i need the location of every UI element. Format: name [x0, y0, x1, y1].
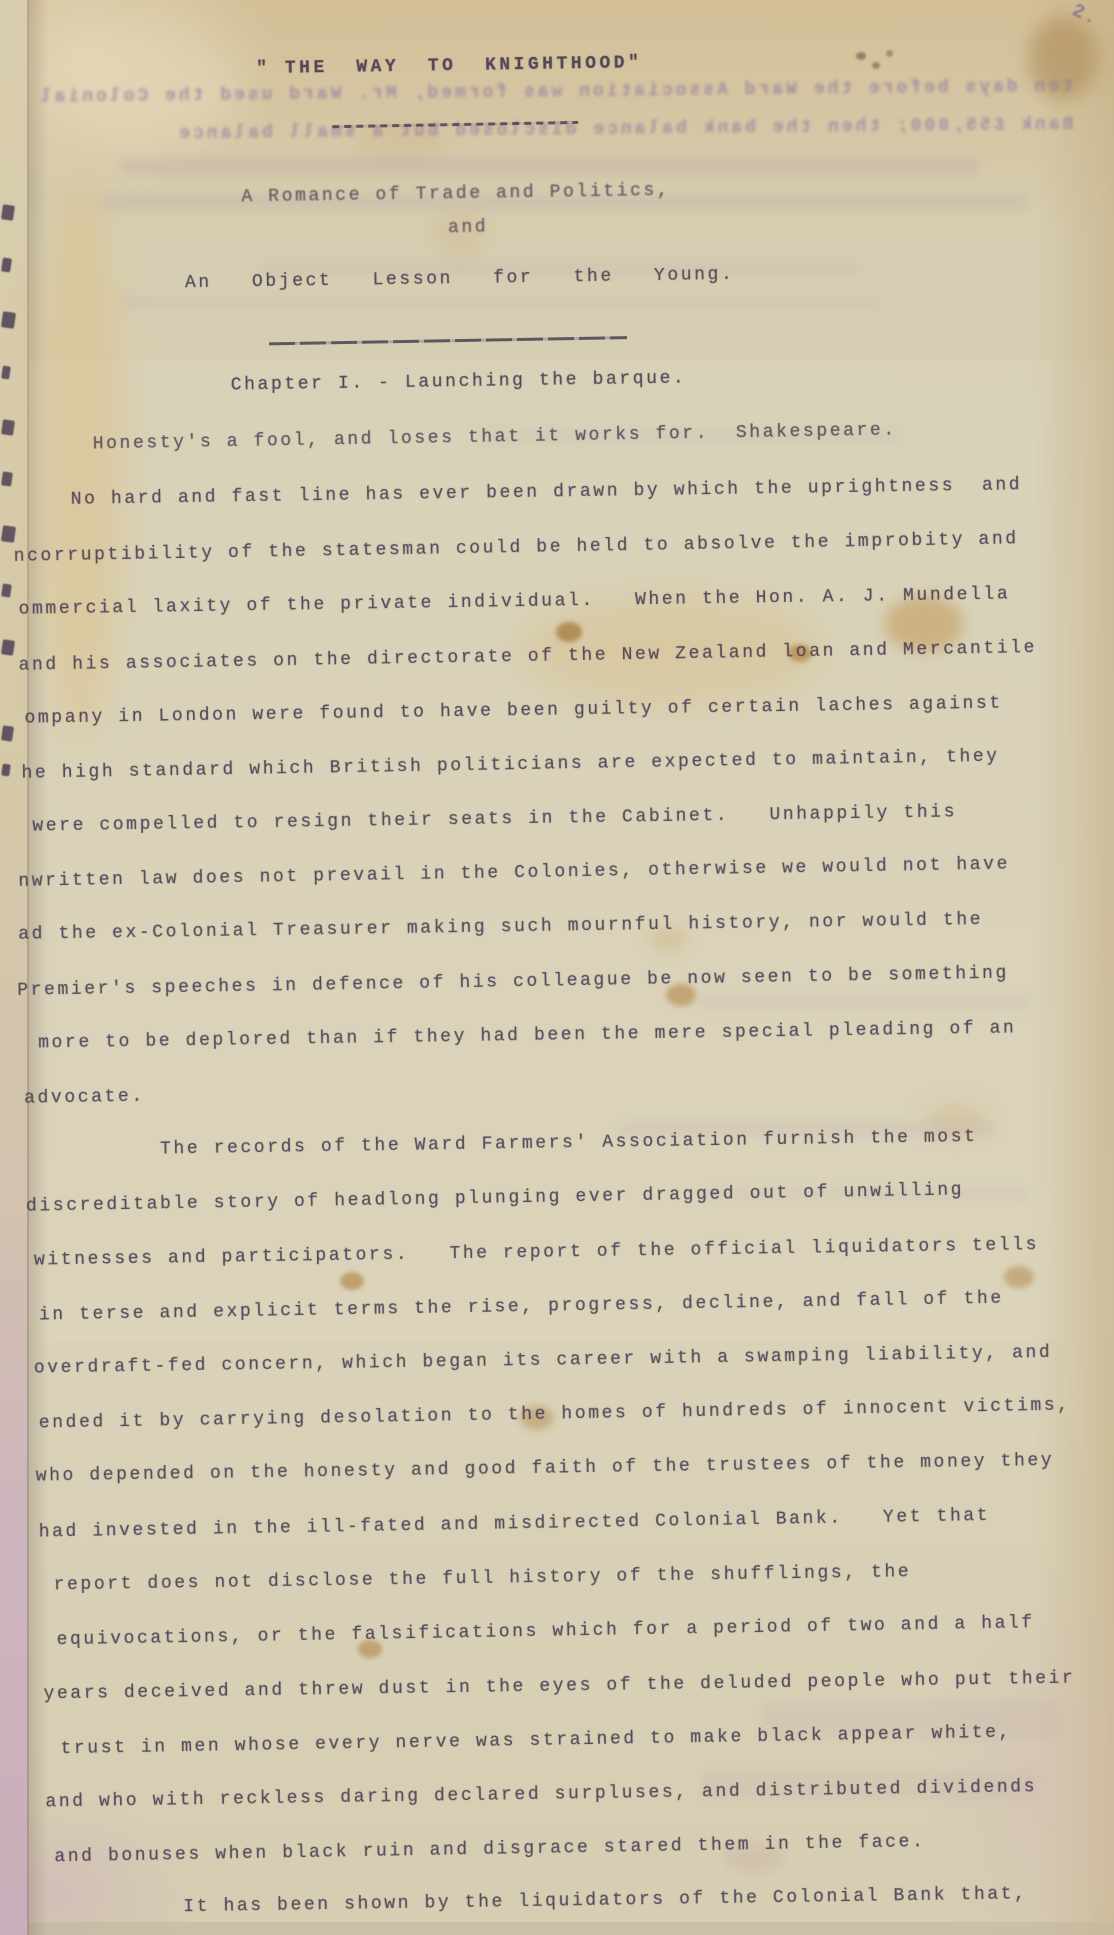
document-title: " THE WAY TO KNIGHTHOOD": [256, 53, 642, 79]
typed-line: discreditable story of headlong plunging…: [26, 1180, 964, 1216]
typed-line: more to be deplored than if they had bee…: [38, 1018, 1017, 1053]
subtitle-line-3: An Object Lesson for the Young.: [185, 265, 735, 293]
typed-line: witnesses and participators. The report …: [34, 1235, 1039, 1270]
typed-line: ompany in London were found to have been…: [24, 694, 1003, 729]
typed-line: in terse and explicit terms the rise, pr…: [39, 1289, 1004, 1326]
typed-line: years deceived and threw dust in the eye…: [43, 1669, 1075, 1705]
typed-line: The records of the Ward Farmers' Associa…: [160, 1127, 978, 1160]
typed-line: ncorruptibility of the statesman could b…: [14, 529, 1019, 567]
subtitle-line-1: A Romance of Trade and Politics,: [241, 181, 670, 208]
typed-line: and bonuses when black ruin and disgrace…: [54, 1832, 925, 1867]
section-rule: [269, 336, 627, 345]
typed-line: advocate.: [24, 1087, 145, 1109]
subtitle-line-2: and: [448, 218, 489, 239]
typed-line: It has been shown by the liquidators of …: [183, 1884, 1028, 1917]
typed-line: overdraft-fed concern, which began its c…: [34, 1343, 1053, 1379]
typed-line: were compelled to resign their seats in …: [32, 802, 957, 836]
typed-line: he high standard which British politicia…: [21, 747, 1000, 784]
typed-line: ad the ex-Colonial Treasurer making such…: [18, 910, 983, 945]
scanned-document-page: ten days before the Ward Association was…: [0, 0, 1114, 1935]
typed-line: and who with reckless daring declared su…: [45, 1777, 1037, 1812]
typed-line: and his associates on the directorate of…: [18, 638, 1037, 676]
typed-text-layer: " THE WAY TO KNIGHTHOOD" A Romance of Tr…: [0, 0, 1114, 1935]
typed-line: report does not disclose the full histor…: [54, 1562, 912, 1595]
typed-line: Premier's speeches in defence of his col…: [17, 964, 1009, 1001]
title-underline-rule: [332, 121, 578, 128]
epigraph: Honesty's a fool, and loses that it work…: [93, 420, 897, 454]
typed-line: trust in men whose every nerve was strai…: [60, 1723, 1012, 1760]
typed-line: who depended on the honesty and good fai…: [36, 1451, 1055, 1487]
typed-line: had invested in the ill-fated and misdir…: [39, 1506, 991, 1543]
typed-line: nwritten law does not prevail in the Col…: [18, 855, 1010, 892]
typed-line: ended it by carrying desolation to the h…: [39, 1396, 1071, 1434]
typed-line: No hard and fast line has ever been draw…: [71, 475, 1023, 510]
typed-line: equivocations, or the falsifications whi…: [56, 1613, 1035, 1650]
typed-line: ommercial laxity of the private individu…: [18, 584, 1010, 619]
chapter-heading: Chapter I. - Launching the barque.: [231, 369, 687, 396]
